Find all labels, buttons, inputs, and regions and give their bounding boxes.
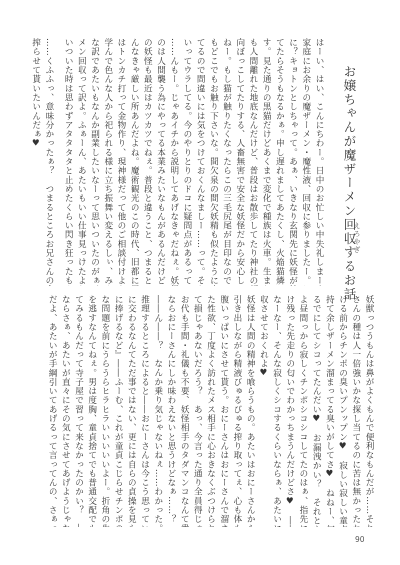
text-column: ……んもー。じゃあイチから説明してあげなきゃだねぇ。妖怪って [167, 38, 180, 286]
book-page: お嬢ちゃんが魔ザーメン回収するお話 えろやぎ はーい、はい、こんにちわー。日中の… [0, 0, 400, 565]
text-column: メン回収って訳よ。ふぁーん、あたいもいい仕事見っけたよねー。思 [74, 38, 87, 286]
text-column: てみるもんだって寺子屋で習って来なかったのかい？ ――そういう事 [71, 295, 84, 527]
text-column: いついた時は思わずアタタタタと止めたくらい閃き狂ったもんさぁ。 [61, 38, 74, 286]
text-column: のは人間襲う為にやってる本業みたいなもんがあるんだけどー、どこ [153, 38, 166, 286]
text-column: てたらそうもなるかぁ。申し遅れましてあたくし、火焔猫燐と申しま [272, 38, 285, 286]
text-column: てるので間違いには気をつけておくんなましー……って。そうじゃな [193, 38, 206, 286]
text-column: なーなー、そんな寂しくシコするくらいならぁ、あたいにそのザーメン回 [269, 295, 282, 527]
text-column: も人間離れた地底なんだけど、普段はお散歩してたり神社の軒先で日 [246, 38, 259, 286]
text-column: な訳であたいもなんか副業したいなーって思いついたのがぁ、魔ザー [87, 38, 100, 286]
text-column: さんの種は人一倍強いかな探し当てるのに苦は無かったねぇ。玄関開 [349, 295, 362, 527]
text-column: 家庭にお余りの魔ザーメン・魔性液、回収に参りましたー。……なぁ [299, 38, 312, 286]
text-column: ……くふふっ、意味分かったぁ？ つまるところお兄さんの金玉汁で [42, 38, 55, 286]
text-column: 腹いっぱいにさせて貰う。おにーさんはおにーさんで溜まりに溜まっ [217, 295, 230, 527]
story-title: お嬢ちゃんが魔ザーメン回収するお話 [340, 65, 358, 230]
text-column: て損じゃあないだろう？ あっ、今言った通り全員得じゃあないかい。 [190, 295, 203, 527]
text-block-top: はーい、はい、こんにちわー。日中のお忙しい中失礼しまーす。ご家庭にお余りの魔ザー… [30, 38, 325, 286]
text-column: を逃すなんてねぇ。男は度胸、童貞捨てでも普通交配でも何でもやっ [85, 295, 98, 527]
text-column: に？キョトンとしちゃって。あぁ、いきなり玄関先に妖怪が訪問し [285, 38, 298, 286]
text-column: 推理するところによると――おにーさんは今こう思っている。『妖怪相手 [137, 295, 150, 527]
text-column: け残った先走りの匂いでわかっちまうんだけどさ♥ ――まひひっ、 [283, 295, 296, 527]
text-column: お代も手間・礼儀も不要、妖怪相手のタダマンコなんて貴重な経験、今 [177, 295, 190, 527]
text-column: いってウラしてる。今のやりとりのドコに疑問点があるってのさぁ？ [180, 38, 193, 286]
text-column: 妖怪は人間の精神を喰らうもの。あたいはおにーさんから色んな反応 [243, 295, 256, 527]
text-column: の妖怪も最近はカツカツでねぇ。普段と違うこと、つまるとこ副業や [140, 38, 153, 286]
text-column: ――ん――？ なんか乗り気じゃないねぇ……わかった。名探偵お燐が [151, 295, 164, 527]
text-column: 学んで色んな人から祀られる様に立ち振舞い変えるしぃ、みんな。そん [101, 38, 114, 286]
text-column: 持て余しザーメン溜まってる臭いがしてさ♥ ねねー、何す [322, 295, 335, 527]
text-column: はトンカチ打って金物作り、現神様だって他のご相談付けように日夜 [114, 38, 127, 286]
text-column: 収させておくれよ♥ [256, 295, 269, 527]
text-column: ならさぁ、あたいが直々にその気にさせてあげようじゃないか。そー [58, 295, 71, 527]
author-name: えろやぎ [352, 222, 362, 282]
text-column: に捧げるなど』――ふーむ、これが童貞こじらせチンポの末路かぁ。希薄 [111, 295, 124, 527]
text-column: 搾らせて貰いたいんだぁ♥ [30, 38, 42, 286]
text-column: な問題を前にうらうらヒラヒラいいいいいよー。折角の生ハメタタッタチャンス [98, 295, 111, 527]
text-column: もどこでもお触り下さいな。間欠泉の間欠妖精も似たように出没ましし [206, 38, 219, 286]
text-column: よ昼間っから寂しくチンポシコシコしてたのはぁ、指先にちょっとだ [296, 295, 309, 527]
text-column: す。見た通りの黒猫だけどあくまで変化で種族は火車。生まれも育ち [259, 38, 272, 286]
text-column: ならおにーさんにしか味わえないと思うけどなぁ……？ [164, 295, 177, 527]
text-column: はーい、はい、こんにちわー。日中のお忙しい中失礼しまーす。ご [312, 38, 325, 286]
text-column: だよ、あたいが手綱引いてあげるって言ってんの、さぁっ！ [45, 295, 58, 527]
page-number: 90 [355, 535, 365, 544]
text-column: 妖獣っつうもんは鼻がよくもんで便利なもんだが……それでもお前 [362, 295, 375, 527]
text-column: 引き出しながら精液びゅるびゅる搾り取ってぇ、心も体もたらふくお [230, 295, 243, 527]
text-column: に交わるなんてただ事ではない、更には自らの貞操を見も知らぬ相手 [124, 295, 137, 527]
text-column: ける前からチンポの臭いプンップン♥ 寂しい寂しい童貞チンポ特有の [335, 295, 348, 527]
text-column: るでにしてシコってたんだい♥ お漏洩かい？ それとも動画？ 何にせ [309, 295, 322, 527]
text-column: ねー。もし猫が触りたくなったらこの三毛尻尾が目印なのでぇ、何時で [219, 38, 232, 286]
text-column: んなきゃ厳しい所あんだよね。魔術観光のこの時代、旧都に居る付喪神 [127, 38, 140, 286]
text-column: 向ぼっこしてたりする、人畜無害で安全な妖怪だから安心して下さい [233, 38, 246, 286]
text-column: た性欲、丁度よく訪れたメス相手に心おきなくぶつけられる。決し [203, 295, 216, 527]
text-block-bottom: 妖獣っつうもんは鼻がよくもんで便利なもんだが……それでもお前さんの種は人一倍強い… [30, 295, 375, 527]
